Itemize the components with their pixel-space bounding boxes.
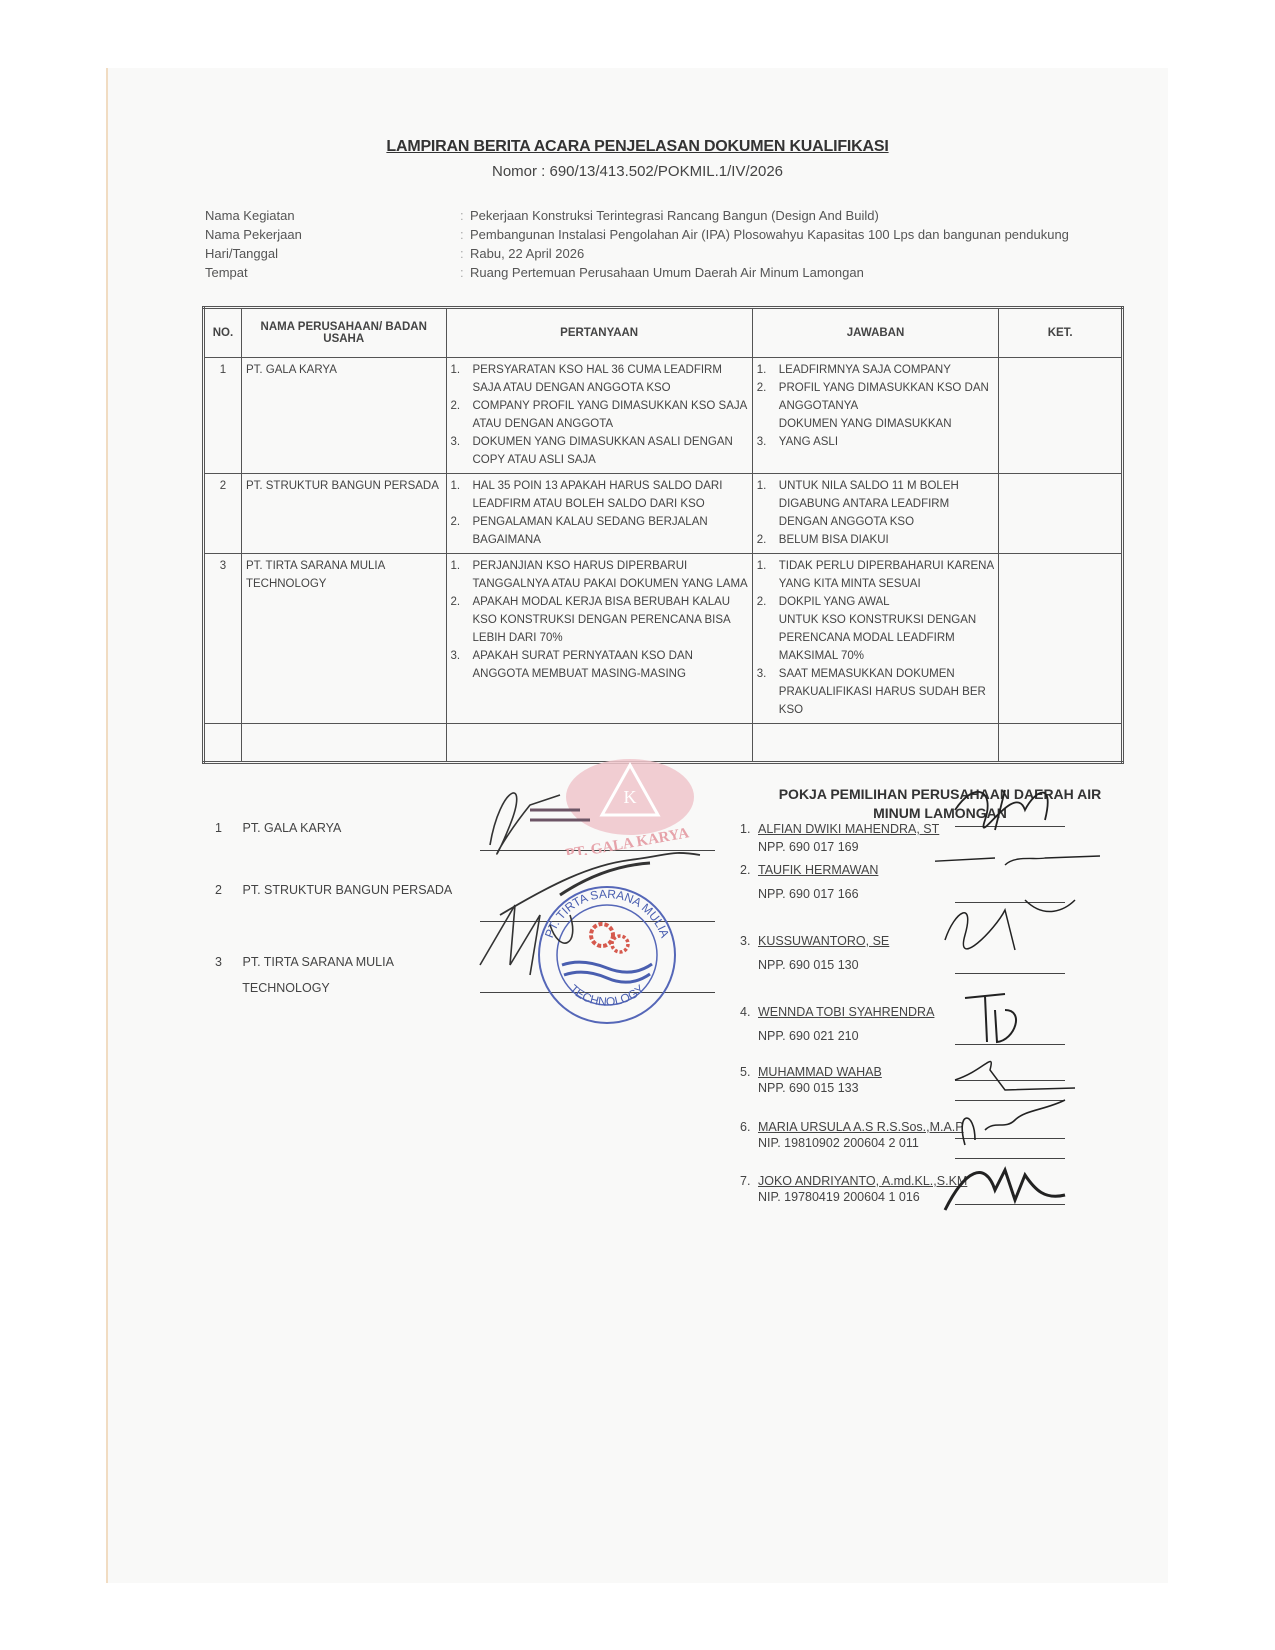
- question-text: COMPANY PROFIL YANG DIMASUKKAN KSO SAJA …: [473, 397, 748, 433]
- company-sign-2: 2 PT. STRUKTUR BANGUN PERSADA: [215, 877, 452, 903]
- meta-label: Nama Pekerjaan: [205, 227, 460, 246]
- question-number: 2.: [451, 513, 473, 549]
- row-questions: 1.PERJANJIAN KSO HARUS DIPERBARUI TANGGA…: [446, 554, 752, 724]
- empty-cell: [752, 724, 999, 763]
- member-name: TAUFIK HERMAWAN: [758, 863, 878, 877]
- answer-item: 1.LEADFIRMNYA SAJA COMPANY: [757, 361, 995, 379]
- meta-block: Nama Kegiatan : Pekerjaan Konstruksi Ter…: [205, 208, 1069, 284]
- meta-value: Rabu, 22 April 2026: [470, 246, 584, 265]
- empty-cell: [999, 724, 1123, 763]
- pokja-member-4: 4. WENNDA TOBI SYAHRENDRA NPP. 690 021 2…: [758, 1005, 934, 1043]
- row-ket: [999, 358, 1123, 474]
- empty-cell: [204, 724, 242, 763]
- answer-number: [757, 415, 779, 433]
- answer-item: 2.PROFIL YANG DIMASUKKAN KSO DAN ANGGOTA…: [757, 379, 995, 415]
- meta-value: Ruang Pertemuan Perusahaan Umum Daerah A…: [470, 265, 864, 284]
- answer-text: DOKPIL YANG AWAL: [779, 593, 995, 611]
- answer-item: 2.DOKPIL YANG AWAL: [757, 593, 995, 611]
- meta-label: Tempat: [205, 265, 460, 284]
- question-item: 1.HAL 35 POIN 13 APAKAH HARUS SALDO DARI…: [451, 477, 748, 513]
- answer-item: 2.BELUM BISA DIAKUI: [757, 531, 995, 549]
- header-question: PERTANYAAN: [446, 308, 752, 358]
- answer-text: DOKUMEN YANG DIMASUKKAN: [779, 415, 995, 433]
- pokja-member-2: 2. TAUFIK HERMAWAN NPP. 690 017 166: [758, 863, 878, 901]
- question-text: APAKAH MODAL KERJA BISA BERUBAH KALAU KS…: [473, 593, 748, 647]
- meta-colon: :: [460, 246, 470, 265]
- company-sign-1: 1 PT. GALA KARYA: [215, 815, 341, 841]
- company-name-line2: TECHNOLOGY: [242, 981, 330, 995]
- empty-cell: [241, 724, 446, 763]
- meta-row-kegiatan: Nama Kegiatan : Pekerjaan Konstruksi Ter…: [205, 208, 1069, 227]
- question-item: 3.DOKUMEN YANG DIMASUKKAN ASALI DENGAN C…: [451, 433, 748, 469]
- row-answers: 1.LEADFIRMNYA SAJA COMPANY2.PROFIL YANG …: [752, 358, 999, 474]
- answer-text: LEADFIRMNYA SAJA COMPANY: [779, 361, 995, 379]
- row-questions: 1.HAL 35 POIN 13 APAKAH HARUS SALDO DARI…: [446, 474, 752, 554]
- row-questions: 1.PERSYARATAN KSO HAL 36 CUMA LEADFIRM S…: [446, 358, 752, 474]
- qa-table: NO. NAMA PERUSAHAAN/ BADAN USAHA PERTANY…: [202, 306, 1124, 764]
- company-number: 3: [215, 955, 239, 969]
- member-name: ALFIAN DWIKI MAHENDRA, ST: [758, 822, 939, 836]
- answer-number: 2.: [757, 379, 779, 415]
- question-number: 2.: [451, 397, 473, 433]
- pokja-signatures-scribbles: [935, 770, 1105, 1220]
- question-item: 2.PENGALAMAN KALAU SEDANG BERJALAN BAGAI…: [451, 513, 748, 549]
- table-row: 3PT. TIRTA SARANA MULIA TECHNOLOGY1.PERJ…: [204, 554, 1123, 724]
- answer-number: 3.: [757, 433, 779, 451]
- member-name: MARIA URSULA A.S R.S.Sos.,M.A.P: [758, 1120, 964, 1134]
- member-id: NPP. 690 017 166: [758, 887, 878, 901]
- meta-row-tanggal: Hari/Tanggal : Rabu, 22 April 2026: [205, 246, 1069, 265]
- row-ket: [999, 554, 1123, 724]
- row-number: 3: [204, 554, 242, 724]
- answer-text: YANG ASLI: [779, 433, 995, 451]
- member-name: WENNDA TOBI SYAHRENDRA: [758, 1005, 934, 1019]
- company-name: PT. TIRTA SARANA MULIA: [242, 955, 393, 969]
- company-name: PT. STRUKTUR BANGUN PERSADA: [242, 883, 452, 897]
- row-company: PT. STRUKTUR BANGUN PERSADA: [241, 474, 446, 554]
- question-text: PENGALAMAN KALAU SEDANG BERJALAN BAGAIMA…: [473, 513, 748, 549]
- meta-row-pekerjaan: Nama Pekerjaan : Pembangunan Instalasi P…: [205, 227, 1069, 246]
- question-text: APAKAH SURAT PERNYATAAN KSO DAN ANGGOTA …: [473, 647, 748, 683]
- answer-item: 1.UNTUK NILA SALDO 11 M BOLEH DIGABUNG A…: [757, 477, 995, 531]
- answer-text: UNTUK KSO KONSTRUKSI DENGAN PERENCANA MO…: [779, 611, 995, 665]
- answer-number: 1.: [757, 477, 779, 531]
- member-name: MUHAMMAD WAHAB: [758, 1065, 882, 1079]
- member-id: NPP. 690 021 210: [758, 1029, 934, 1043]
- meta-label: Hari/Tanggal: [205, 246, 460, 265]
- answer-number: 3.: [757, 665, 779, 719]
- company-sign-3: 3 PT. TIRTA SARANA MULIA TECHNOLOGY: [215, 949, 394, 1001]
- row-company: PT. TIRTA SARANA MULIA TECHNOLOGY: [241, 554, 446, 724]
- meta-label: Nama Kegiatan: [205, 208, 460, 227]
- member-number: 1.: [740, 822, 750, 836]
- answer-number: 1.: [757, 361, 779, 379]
- meta-colon: :: [460, 208, 470, 227]
- question-text: DOKUMEN YANG DIMASUKKAN ASALI DENGAN COP…: [473, 433, 748, 469]
- member-id: NIP. 19810902 200604 2 011: [758, 1136, 964, 1150]
- question-number: 3.: [451, 433, 473, 469]
- document-title: LAMPIRAN BERITA ACARA PENJELASAN DOKUMEN…: [0, 138, 1275, 156]
- header-company: NAMA PERUSAHAAN/ BADAN USAHA: [241, 308, 446, 358]
- member-number: 5.: [740, 1065, 750, 1079]
- row-answers: 1.TIDAK PERLU DIPERBAHARUI KARENA YANG K…: [752, 554, 999, 724]
- answer-item: DOKUMEN YANG DIMASUKKAN: [757, 415, 995, 433]
- row-ket: [999, 474, 1123, 554]
- answer-number: 2.: [757, 531, 779, 549]
- answer-text: SAAT MEMASUKKAN DOKUMEN PRAKUALIFIKASI H…: [779, 665, 995, 719]
- meta-row-tempat: Tempat : Ruang Pertemuan Perusahaan Umum…: [205, 265, 1069, 284]
- pokja-member-6: 6. MARIA URSULA A.S R.S.Sos.,M.A.P NIP. …: [758, 1120, 964, 1150]
- pokja-member-3: 3. KUSSUWANTORO, SE NPP. 690 015 130: [758, 934, 889, 972]
- member-number: 3.: [740, 934, 750, 948]
- row-number: 1: [204, 358, 242, 474]
- question-item: 2.APAKAH MODAL KERJA BISA BERUBAH KALAU …: [451, 593, 748, 647]
- member-number: 6.: [740, 1120, 750, 1134]
- answer-number: 1.: [757, 557, 779, 593]
- table-body: 1PT. GALA KARYA1.PERSYARATAN KSO HAL 36 …: [204, 358, 1123, 763]
- table-row: 2PT. STRUKTUR BANGUN PERSADA1.HAL 35 POI…: [204, 474, 1123, 554]
- company-name: PT. GALA KARYA: [242, 821, 341, 835]
- answer-list: 1.UNTUK NILA SALDO 11 M BOLEH DIGABUNG A…: [757, 477, 995, 549]
- question-number: 1.: [451, 361, 473, 397]
- header-answer: JAWABAN: [752, 308, 999, 358]
- company-number: 1: [215, 821, 239, 835]
- answer-text: UNTUK NILA SALDO 11 M BOLEH DIGABUNG ANT…: [779, 477, 995, 531]
- document-number: Nomor : 690/13/413.502/POKMIL.1/IV/2026: [0, 163, 1275, 180]
- question-list: 1.PERSYARATAN KSO HAL 36 CUMA LEADFIRM S…: [451, 361, 748, 469]
- table-row: 1PT. GALA KARYA1.PERSYARATAN KSO HAL 36 …: [204, 358, 1123, 474]
- row-answers: 1.UNTUK NILA SALDO 11 M BOLEH DIGABUNG A…: [752, 474, 999, 554]
- question-item: 1.PERSYARATAN KSO HAL 36 CUMA LEADFIRM S…: [451, 361, 748, 397]
- answer-item: 3.YANG ASLI: [757, 433, 995, 451]
- table-header-row: NO. NAMA PERUSAHAAN/ BADAN USAHA PERTANY…: [204, 308, 1123, 358]
- answer-list: 1.TIDAK PERLU DIPERBAHARUI KARENA YANG K…: [757, 557, 995, 719]
- answer-list: 1.LEADFIRMNYA SAJA COMPANY2.PROFIL YANG …: [757, 361, 995, 451]
- question-item: 2.COMPANY PROFIL YANG DIMASUKKAN KSO SAJ…: [451, 397, 748, 433]
- row-company: PT. GALA KARYA: [241, 358, 446, 474]
- member-number: 2.: [740, 863, 750, 877]
- header-no: NO.: [204, 308, 242, 358]
- member-id: NPP. 690 017 169: [758, 840, 939, 854]
- meta-value: Pekerjaan Konstruksi Terintegrasi Rancan…: [470, 208, 879, 227]
- question-number: 1.: [451, 557, 473, 593]
- member-id: NPP. 690 015 133: [758, 1081, 882, 1095]
- question-text: PERJANJIAN KSO HARUS DIPERBARUI TANGGALN…: [473, 557, 748, 593]
- company-signatures-scribbles: [470, 765, 710, 1005]
- member-number: 4.: [740, 1005, 750, 1019]
- question-number: 2.: [451, 593, 473, 647]
- answer-text: BELUM BISA DIAKUI: [779, 531, 995, 549]
- question-list: 1.PERJANJIAN KSO HARUS DIPERBARUI TANGGA…: [451, 557, 748, 683]
- answer-item: 3.SAAT MEMASUKKAN DOKUMEN PRAKUALIFIKASI…: [757, 665, 995, 719]
- company-number: 2: [215, 883, 239, 897]
- answer-number: 2.: [757, 593, 779, 611]
- question-text: HAL 35 POIN 13 APAKAH HARUS SALDO DARI L…: [473, 477, 748, 513]
- member-name: KUSSUWANTORO, SE: [758, 934, 889, 948]
- member-number: 7.: [740, 1174, 750, 1188]
- pokja-member-1: 1. ALFIAN DWIKI MAHENDRA, ST NPP. 690 01…: [758, 822, 939, 854]
- row-number: 2: [204, 474, 242, 554]
- meta-colon: :: [460, 265, 470, 284]
- answer-item: UNTUK KSO KONSTRUKSI DENGAN PERENCANA MO…: [757, 611, 995, 665]
- answer-number: [757, 611, 779, 665]
- question-number: 1.: [451, 477, 473, 513]
- member-id: NPP. 690 015 130: [758, 958, 889, 972]
- question-item: 1.PERJANJIAN KSO HARUS DIPERBARUI TANGGA…: [451, 557, 748, 593]
- answer-text: TIDAK PERLU DIPERBAHARUI KARENA YANG KIT…: [779, 557, 995, 593]
- question-text: PERSYARATAN KSO HAL 36 CUMA LEADFIRM SAJ…: [473, 361, 748, 397]
- meta-colon: :: [460, 227, 470, 246]
- question-list: 1.HAL 35 POIN 13 APAKAH HARUS SALDO DARI…: [451, 477, 748, 549]
- answer-item: 1.TIDAK PERLU DIPERBAHARUI KARENA YANG K…: [757, 557, 995, 593]
- question-number: 3.: [451, 647, 473, 683]
- header-ket: KET.: [999, 308, 1123, 358]
- pokja-member-5: 5. MUHAMMAD WAHAB NPP. 690 015 133: [758, 1065, 882, 1095]
- meta-value: Pembangunan Instalasi Pengolahan Air (IP…: [470, 227, 1069, 246]
- answer-text: PROFIL YANG DIMASUKKAN KSO DAN ANGGOTANY…: [779, 379, 995, 415]
- question-item: 3.APAKAH SURAT PERNYATAAN KSO DAN ANGGOT…: [451, 647, 748, 683]
